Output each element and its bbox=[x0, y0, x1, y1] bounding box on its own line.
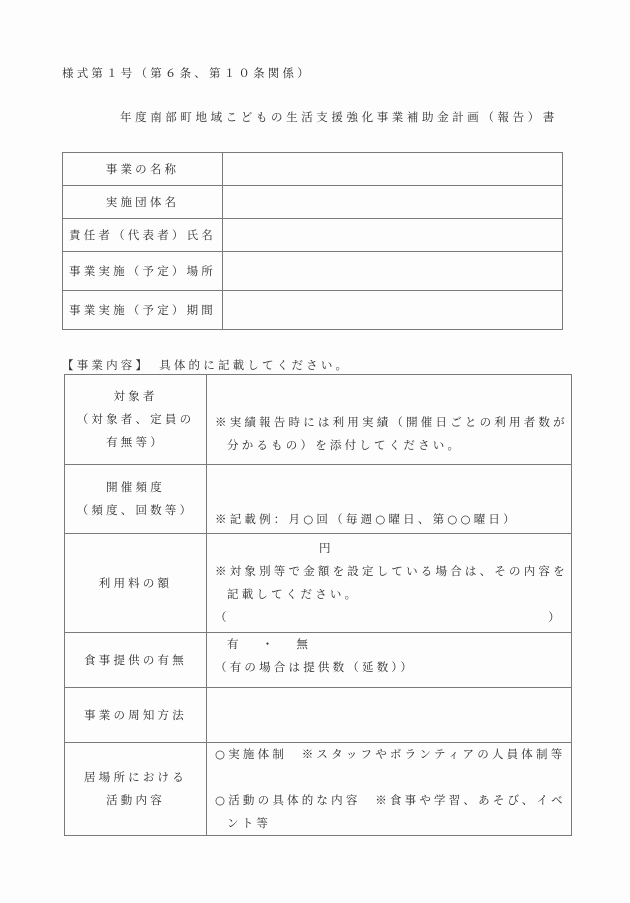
project-content-table: 対象者 （対象者、定員の 有無等） ※実績報告時には利用実績（開催日ごとの利用者… bbox=[64, 374, 572, 836]
organization-name-label: 実施団体名 bbox=[63, 186, 223, 219]
representative-name-label: 責任者（代表者）氏名 bbox=[63, 219, 223, 252]
target-label-line: （対象者、定員の bbox=[65, 408, 206, 431]
location-label: 事業実施（予定）場所 bbox=[63, 252, 223, 291]
table-row: 実施団体名 bbox=[63, 186, 563, 219]
table-row: 対象者 （対象者、定員の 有無等） ※実績報告時には利用実績（開催日ごとの利用者… bbox=[65, 375, 572, 465]
representative-name-field[interactable] bbox=[223, 219, 563, 252]
frequency-note: ※記載例：月○回（毎週○曜日、第○○曜日） bbox=[215, 508, 571, 531]
project-name-label: 事業の名称 bbox=[63, 153, 223, 186]
location-field[interactable] bbox=[223, 252, 563, 291]
target-label: 対象者 （対象者、定員の 有無等） bbox=[65, 375, 207, 465]
activities-label: 居場所における 活動内容 bbox=[65, 743, 207, 836]
section-heading: 【事業内容】 具体的に記載してください。 bbox=[62, 357, 350, 373]
organization-name-field[interactable] bbox=[223, 186, 563, 219]
activity-structure-item: ○実施体制 ※スタッフやボランティアの人員体制等 bbox=[215, 743, 571, 766]
table-row: 事業実施（予定）期間 bbox=[63, 291, 563, 330]
table-row: 開催頻度 （頻度、回数等） ※記載例：月○回（毎週○曜日、第○○曜日） bbox=[65, 465, 572, 534]
target-field[interactable]: ※実績報告時には利用実績（開催日ごとの利用者数が 分かるもの）を添付してください… bbox=[207, 375, 572, 465]
fee-field[interactable]: 円 ※対象別等で金額を設定している場合は、その内容を 記載してください。 （ ） bbox=[207, 534, 572, 633]
fee-label: 利用料の額 bbox=[65, 534, 207, 633]
activity-details-item: ○活動の具体的な内容 ※食事や学習、あそび、イベ bbox=[215, 789, 571, 812]
table-row: 事業の周知方法 bbox=[65, 688, 572, 743]
table-row: 責任者（代表者）氏名 bbox=[63, 219, 563, 252]
table-row: 利用料の額 円 ※対象別等で金額を設定している場合は、その内容を 記載してくださ… bbox=[65, 534, 572, 633]
activity-details-item-cont: ント等 bbox=[215, 812, 571, 835]
frequency-field[interactable]: ※記載例：月○回（毎週○曜日、第○○曜日） bbox=[207, 465, 572, 534]
target-label-line: 有無等） bbox=[65, 431, 206, 454]
document-title: 年度南部町地域こどもの生活支援強化事業補助金計画（報告）書 bbox=[120, 109, 558, 125]
spacer bbox=[215, 766, 571, 789]
publicity-field[interactable] bbox=[207, 688, 572, 743]
fee-note: ※対象別等で金額を設定している場合は、その内容を bbox=[215, 560, 571, 583]
frequency-label: 開催頻度 （頻度、回数等） bbox=[65, 465, 207, 534]
activities-field[interactable]: ○実施体制 ※スタッフやボランティアの人員体制等 ○活動の具体的な内容 ※食事や… bbox=[207, 743, 572, 836]
period-field[interactable] bbox=[223, 291, 563, 330]
meals-note: （有の場合は提供数（延数）） bbox=[215, 656, 571, 679]
table-row: 事業実施（予定）場所 bbox=[63, 252, 563, 291]
period-label: 事業実施（予定）期間 bbox=[63, 291, 223, 330]
publicity-label: 事業の周知方法 bbox=[65, 688, 207, 743]
target-note: ※実績報告時には利用実績（開催日ごとの利用者数が bbox=[215, 383, 571, 434]
target-note-cont: 分かるもの）を添付してください。 bbox=[215, 434, 571, 457]
basic-info-table: 事業の名称 実施団体名 責任者（代表者）氏名 事業実施（予定）場所 事業実施（予… bbox=[62, 152, 563, 330]
project-name-field[interactable] bbox=[223, 153, 563, 186]
meals-field[interactable]: 有・無 （有の場合は提供数（延数）） bbox=[207, 633, 572, 688]
close-paren: ） bbox=[548, 606, 563, 629]
meals-label: 食事提供の有無 bbox=[65, 633, 207, 688]
activities-label-line: 居場所における bbox=[65, 766, 206, 789]
meal-separator: ・ bbox=[262, 637, 277, 651]
table-row: 食事提供の有無 有・無 （有の場合は提供数（延数）） bbox=[65, 633, 572, 688]
meal-option-yes[interactable]: 有 bbox=[227, 637, 242, 651]
fee-note-cont: 記載してください。 bbox=[215, 583, 571, 606]
form-number: 様式第１号（第６条、第１０条関係） bbox=[62, 65, 312, 81]
meal-option-no[interactable]: 無 bbox=[296, 637, 311, 651]
target-label-line: 対象者 bbox=[65, 385, 206, 408]
frequency-label-line: （頻度、回数等） bbox=[65, 499, 206, 522]
table-row: 居場所における 活動内容 ○実施体制 ※スタッフやボランティアの人員体制等 ○活… bbox=[65, 743, 572, 836]
open-paren: （ bbox=[215, 606, 230, 629]
table-row: 事業の名称 bbox=[63, 153, 563, 186]
frequency-label-line: 開催頻度 bbox=[65, 476, 206, 499]
activities-label-line: 活動内容 bbox=[65, 789, 206, 812]
yen-unit: 円 bbox=[215, 537, 571, 560]
meal-options: 有・無 bbox=[215, 633, 571, 656]
fee-detail-parens: （ ） bbox=[215, 606, 571, 629]
